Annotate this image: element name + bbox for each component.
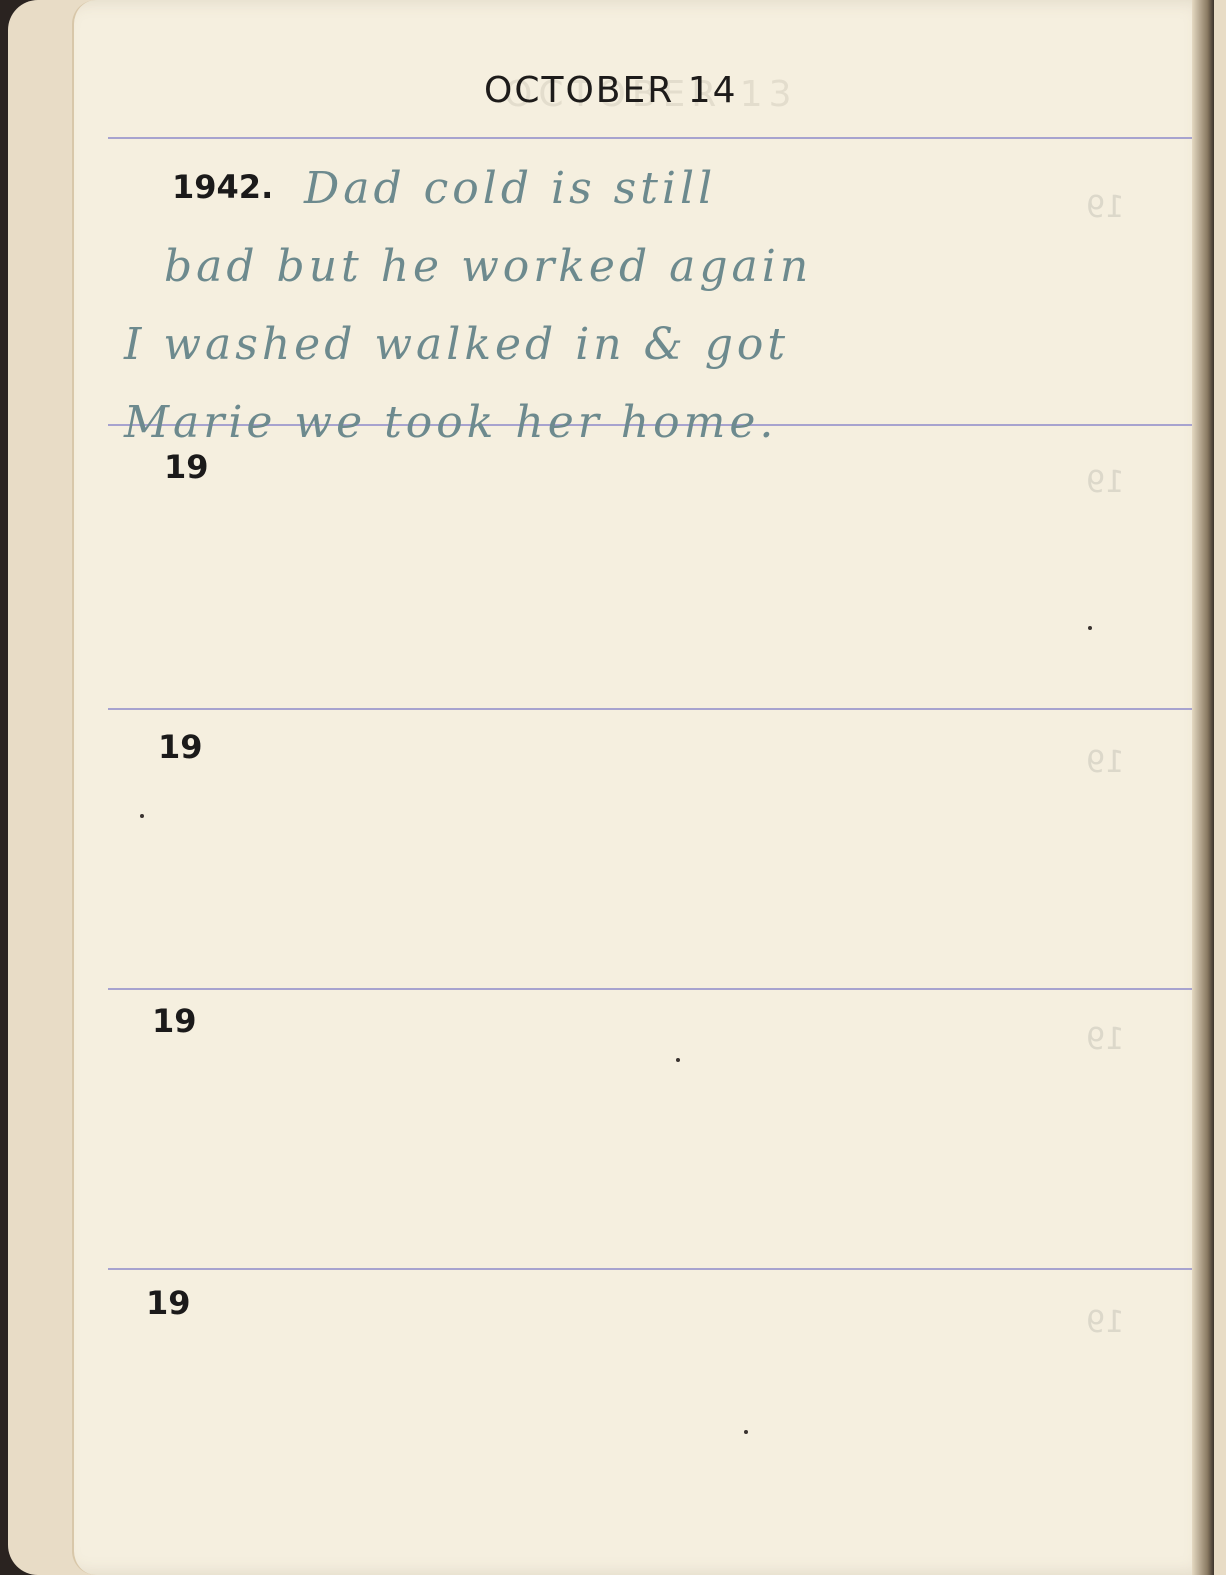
paper-speck [744,1430,748,1434]
entry-year-blank: 19 [146,1284,191,1322]
handwritten-entry: Dad cold is still bad but he worked agai… [124,150,1144,462]
rule-line [108,1268,1202,1270]
book-spine-edge [1192,0,1214,1575]
bleed-through-year: 19 [1086,1305,1124,1340]
handwriting-line: Marie we took her home. [124,384,1144,462]
handwriting-line: Dad cold is still [124,150,1144,228]
paper-speck [676,1058,680,1062]
paper-speck [140,814,144,818]
diary-page: OCTOBER 13 OCTOBER 14 1942. Dad cold is … [72,0,1214,1575]
bleed-through-year: 19 [1086,1022,1124,1057]
rule-line [108,708,1202,710]
handwriting-line: bad but he worked again [124,228,1144,306]
rule-line [108,988,1202,990]
bleed-through-year: 19 [1086,465,1124,500]
page-date-header: OCTOBER 14 [484,70,738,111]
bleed-through-year: 19 [1086,745,1124,780]
entry-year-blank: 19 [158,728,203,766]
entry-year-blank: 19 [164,448,209,486]
handwriting-line: I washed walked in & got [124,306,1144,384]
rule-line [108,137,1202,139]
paper-speck [1088,626,1092,630]
entry-year-blank: 19 [152,1002,197,1040]
bleed-through-year: 19 [1086,190,1124,225]
